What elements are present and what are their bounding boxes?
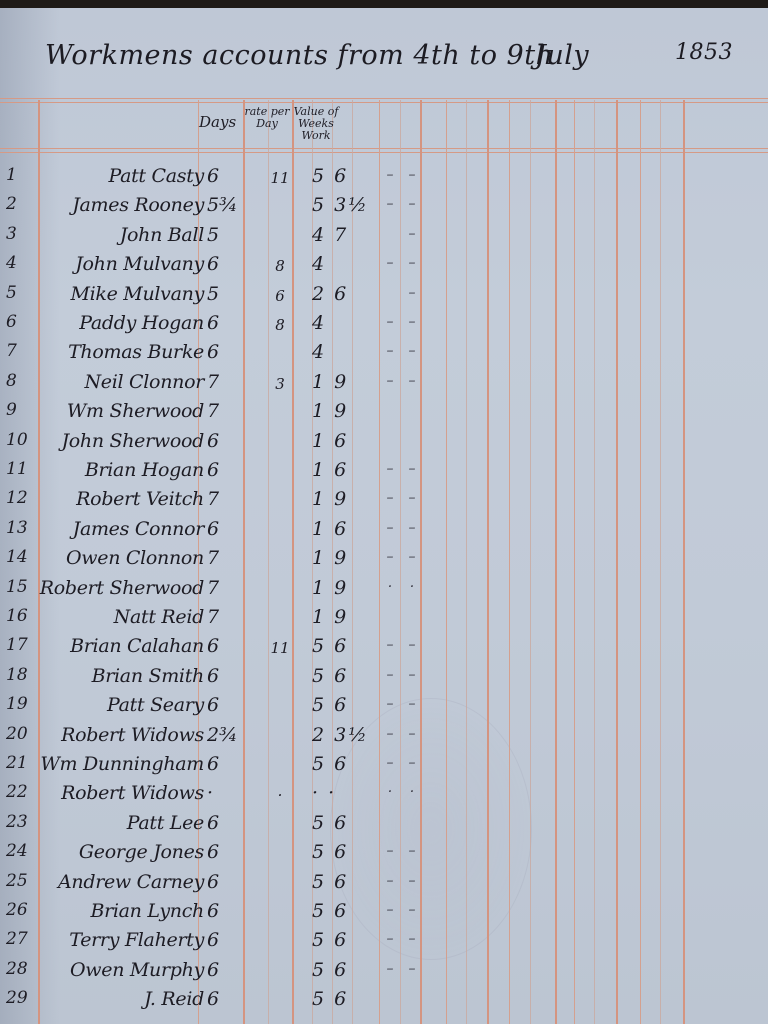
- row-number: 22: [6, 782, 36, 802]
- ledger-row: 24George Jones65 6––: [0, 841, 768, 868]
- workman-name: Owen Murphy: [36, 959, 204, 981]
- value-of-work: 5 6: [312, 929, 362, 951]
- ledger-row: 2James Rooney5¾5 3½––: [0, 194, 768, 221]
- value-of-work: 4: [312, 341, 362, 363]
- workman-name: Wm Dunningham: [36, 753, 204, 775]
- ledger-row: 26Brian Lynch65 6––: [0, 900, 768, 927]
- value-of-work: 4 7: [312, 224, 362, 246]
- tick-mark-1: –: [381, 520, 399, 536]
- value-of-work: 1 9: [312, 577, 362, 599]
- ledger-row: 11Brian Hogan61 6––: [0, 459, 768, 486]
- value-of-work: 5 6: [312, 753, 362, 775]
- days-worked: 6: [207, 665, 245, 687]
- value-of-work: 5 3½: [312, 194, 362, 216]
- tick-mark-1: –: [381, 314, 399, 330]
- workman-name: Natt Reid: [36, 606, 204, 628]
- ledger-row: 19Patt Seary65 6––: [0, 694, 768, 721]
- row-number: 4: [6, 253, 36, 273]
- value-of-work: · ·: [312, 782, 362, 804]
- page-title: Workmens accounts from 4th to 9th July 1…: [45, 40, 745, 71]
- ledger-row: 16Natt Reid71 9: [0, 606, 768, 633]
- tick-mark-2: –: [403, 490, 421, 506]
- row-number: 6: [6, 312, 36, 332]
- days-worked: 7: [207, 606, 245, 628]
- workman-name: George Jones: [36, 841, 204, 863]
- tick-mark-2: –: [403, 314, 421, 330]
- ledger-row: 7Thomas Burke64––: [0, 341, 768, 368]
- rate-per-day: 8: [268, 316, 292, 334]
- value-of-work: 1 6: [312, 459, 362, 481]
- tick-mark-1: –: [381, 549, 399, 565]
- header-bottom-rule: [0, 148, 768, 153]
- ledger-row: 17Brian Calahan6115 6––: [0, 635, 768, 662]
- workman-name: Mike Mulvany: [36, 283, 204, 305]
- ledger-row: 10John Sherwood61 6: [0, 430, 768, 457]
- days-worked: 5: [207, 283, 245, 305]
- header-value: Value of Weeks Work: [290, 106, 342, 142]
- tick-mark-1: –: [381, 902, 399, 918]
- value-of-work: 5 6: [312, 635, 362, 657]
- days-worked: 2¾: [207, 724, 245, 746]
- workman-name: Owen Clonnon: [36, 547, 204, 569]
- days-worked: 7: [207, 371, 245, 393]
- row-number: 7: [6, 341, 36, 361]
- header-top-rule: [0, 98, 768, 103]
- tick-mark-2: –: [403, 167, 421, 183]
- value-of-work: 5 6: [312, 959, 362, 981]
- days-worked: 6: [207, 988, 245, 1010]
- rate-per-day: ·: [268, 786, 292, 804]
- workman-name: Paddy Hogan: [36, 312, 204, 334]
- days-worked: 6: [207, 812, 245, 834]
- tick-mark-2: –: [403, 667, 421, 683]
- ledger-row: 18Brian Smith65 6––: [0, 665, 768, 692]
- days-worked: 6: [207, 694, 245, 716]
- workman-name: Andrew Carney: [36, 871, 204, 893]
- workman-name: Brian Lynch: [36, 900, 204, 922]
- value-of-work: 4: [312, 253, 362, 275]
- workman-name: Wm Sherwood: [36, 400, 204, 422]
- rate-per-day: 11: [268, 639, 292, 657]
- value-of-work: 5 6: [312, 900, 362, 922]
- value-of-work: 2 6: [312, 283, 362, 305]
- ledger-row: 23Patt Lee65 6: [0, 812, 768, 839]
- tick-mark-1: –: [381, 461, 399, 477]
- value-of-work: 1 9: [312, 547, 362, 569]
- row-number: 13: [6, 518, 36, 538]
- ledger-row: 4John Mulvany684––: [0, 253, 768, 280]
- days-worked: 6: [207, 312, 245, 334]
- tick-mark-1: –: [381, 490, 399, 506]
- row-number: 20: [6, 724, 36, 744]
- row-number: 25: [6, 871, 36, 891]
- value-of-work: 5 6: [312, 165, 362, 187]
- rate-per-day: 8: [268, 257, 292, 275]
- tick-mark-1: ·: [381, 579, 399, 595]
- tick-mark-2: –: [403, 549, 421, 565]
- row-number: 28: [6, 959, 36, 979]
- row-number: 11: [6, 459, 36, 479]
- rate-per-day: 3: [268, 375, 292, 393]
- tick-mark-2: –: [403, 520, 421, 536]
- ledger-row: 28Owen Murphy65 6––: [0, 959, 768, 986]
- row-number: 2: [6, 194, 36, 214]
- value-of-work: 1 6: [312, 518, 362, 540]
- row-number: 26: [6, 900, 36, 920]
- row-number: 5: [6, 283, 36, 303]
- days-worked: 6: [207, 841, 245, 863]
- days-worked: 6: [207, 635, 245, 657]
- workman-name: Brian Calahan: [36, 635, 204, 657]
- row-number: 10: [6, 430, 36, 450]
- workman-name: Brian Smith: [36, 665, 204, 687]
- days-worked: 7: [207, 577, 245, 599]
- title-month: July: [535, 40, 589, 71]
- tick-mark-2: –: [403, 755, 421, 771]
- workman-name: Thomas Burke: [36, 341, 204, 363]
- tick-mark-1: –: [381, 343, 399, 359]
- row-number: 8: [6, 371, 36, 391]
- tick-mark-1: –: [381, 167, 399, 183]
- ledger-row: 22Robert Widows··· ···: [0, 782, 768, 809]
- workman-name: Robert Veitch: [36, 488, 204, 510]
- row-number: 12: [6, 488, 36, 508]
- ledger-row: 12Robert Veitch71 9––: [0, 488, 768, 515]
- ledger-row: 15Robert Sherwood71 9··: [0, 577, 768, 604]
- tick-mark-2: –: [403, 226, 421, 242]
- tick-mark-2: –: [403, 873, 421, 889]
- days-worked: 7: [207, 400, 245, 422]
- value-of-work: 5 6: [312, 871, 362, 893]
- value-of-work: 1 6: [312, 430, 362, 452]
- tick-mark-2: –: [403, 461, 421, 477]
- ledger-row: 27Terry Flaherty65 6––: [0, 929, 768, 956]
- tick-mark-1: ·: [381, 784, 399, 800]
- header-rate: rate per Day: [243, 106, 291, 130]
- tick-mark-1: –: [381, 373, 399, 389]
- days-worked: 6: [207, 871, 245, 893]
- ledger-row: 6Paddy Hogan684––: [0, 312, 768, 339]
- row-number: 27: [6, 929, 36, 949]
- value-of-work: 5 6: [312, 694, 362, 716]
- ledger-row: 8Neil Clonnor731 9––: [0, 371, 768, 398]
- workman-name: Robert Sherwood: [36, 577, 204, 599]
- tick-mark-2: –: [403, 961, 421, 977]
- tick-mark-2: –: [403, 637, 421, 653]
- workman-name: James Rooney: [36, 194, 204, 216]
- workman-name: Brian Hogan: [36, 459, 204, 481]
- row-number: 19: [6, 694, 36, 714]
- workman-name: Neil Clonnor: [36, 371, 204, 393]
- ledger-row: 3John Ball54 7–: [0, 224, 768, 251]
- days-worked: 6: [207, 518, 245, 540]
- value-of-work: 5 6: [312, 988, 362, 1010]
- tick-mark-2: ·: [403, 784, 421, 800]
- tick-mark-1: –: [381, 755, 399, 771]
- days-worked: 6: [207, 253, 245, 275]
- tick-mark-1: –: [381, 637, 399, 653]
- tick-mark-1: –: [381, 696, 399, 712]
- days-worked: 6: [207, 900, 245, 922]
- tick-mark-1: –: [381, 255, 399, 271]
- days-worked: 5: [207, 224, 245, 246]
- ledger-row: 5Mike Mulvany562 6–: [0, 283, 768, 310]
- rate-per-day: 6: [268, 287, 292, 305]
- title-text: Workmens accounts from 4th to 9th: [45, 40, 553, 71]
- days-worked: 7: [207, 547, 245, 569]
- tick-mark-2: –: [403, 196, 421, 212]
- tick-mark-2: –: [403, 931, 421, 947]
- ledger-row: 20Robert Widows2¾2 3½––: [0, 724, 768, 751]
- row-number: 16: [6, 606, 36, 626]
- tick-mark-2: –: [403, 696, 421, 712]
- workman-name: John Ball: [36, 224, 204, 246]
- tick-mark-2: –: [403, 902, 421, 918]
- tick-mark-2: ·: [403, 579, 421, 595]
- tick-mark-2: –: [403, 255, 421, 271]
- tick-mark-2: –: [403, 285, 421, 301]
- days-worked: 6: [207, 165, 245, 187]
- ledger-row: 13James Connor61 6––: [0, 518, 768, 545]
- value-of-work: 1 9: [312, 400, 362, 422]
- tick-mark-2: –: [403, 843, 421, 859]
- tick-mark-1: –: [381, 961, 399, 977]
- workman-name: Robert Widows: [36, 724, 204, 746]
- row-number: 29: [6, 988, 36, 1008]
- value-of-work: 5 6: [312, 665, 362, 687]
- workman-name: John Sherwood: [36, 430, 204, 452]
- days-worked: 7: [207, 488, 245, 510]
- days-worked: 6: [207, 959, 245, 981]
- value-of-work: 4: [312, 312, 362, 334]
- workman-name: Patt Casty: [36, 165, 204, 187]
- title-year: 1853: [675, 40, 733, 65]
- row-number: 18: [6, 665, 36, 685]
- header-days: Days: [199, 116, 235, 128]
- row-number: 17: [6, 635, 36, 655]
- value-of-work: 5 6: [312, 812, 362, 834]
- tick-mark-1: –: [381, 843, 399, 859]
- value-of-work: 1 9: [312, 606, 362, 628]
- days-worked: 6: [207, 341, 245, 363]
- row-number: 9: [6, 400, 36, 420]
- tick-mark-1: –: [381, 667, 399, 683]
- ledger-row: 9Wm Sherwood71 9: [0, 400, 768, 427]
- rate-per-day: 11: [268, 169, 292, 187]
- row-number: 14: [6, 547, 36, 567]
- workman-name: John Mulvany: [36, 253, 204, 275]
- workman-name: Patt Lee: [36, 812, 204, 834]
- ledger-row: 21Wm Dunningham65 6––: [0, 753, 768, 780]
- value-of-work: 5 6: [312, 841, 362, 863]
- row-number: 3: [6, 224, 36, 244]
- row-number: 24: [6, 841, 36, 861]
- tick-mark-2: –: [403, 726, 421, 742]
- ledger-row: 29J. Reid65 6: [0, 988, 768, 1015]
- row-number: 21: [6, 753, 36, 773]
- days-worked: 6: [207, 430, 245, 452]
- value-of-work: 2 3½: [312, 724, 362, 746]
- days-worked: 6: [207, 929, 245, 951]
- row-number: 1: [6, 165, 36, 185]
- days-worked: 6: [207, 459, 245, 481]
- ledger-row: 25Andrew Carney65 6––: [0, 871, 768, 898]
- ledger-row: 14Owen Clonnon71 9––: [0, 547, 768, 574]
- row-number: 15: [6, 577, 36, 597]
- tick-mark-1: –: [381, 726, 399, 742]
- row-number: 23: [6, 812, 36, 832]
- tick-mark-2: –: [403, 373, 421, 389]
- days-worked: 6: [207, 753, 245, 775]
- tick-mark-1: –: [381, 873, 399, 889]
- workman-name: James Connor: [36, 518, 204, 540]
- ledger-row: 1Patt Casty6115 6––: [0, 165, 768, 192]
- value-of-work: 1 9: [312, 488, 362, 510]
- value-of-work: 1 9: [312, 371, 362, 393]
- days-worked: ·: [207, 782, 245, 804]
- tick-mark-1: –: [381, 931, 399, 947]
- workman-name: Terry Flaherty: [36, 929, 204, 951]
- ledger-page: Workmens accounts from 4th to 9th July 1…: [0, 8, 768, 1024]
- tick-mark-2: –: [403, 343, 421, 359]
- workman-name: J. Reid: [36, 988, 204, 1010]
- tick-mark-1: –: [381, 196, 399, 212]
- days-worked: 5¾: [207, 194, 245, 216]
- workman-name: Patt Seary: [36, 694, 204, 716]
- workman-name: Robert Widows: [36, 782, 204, 804]
